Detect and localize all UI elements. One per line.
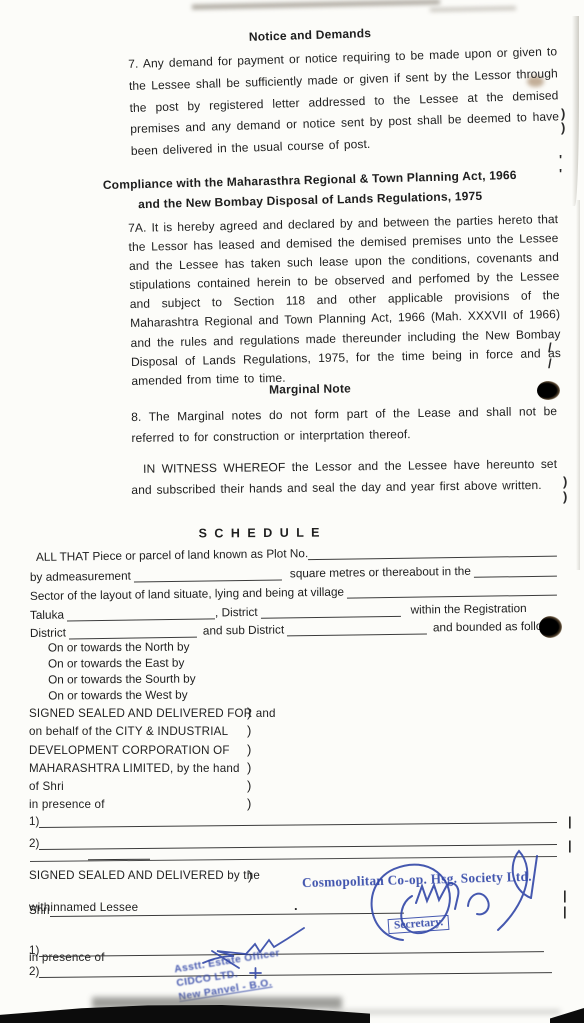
blank-in-the [474,563,557,578]
schedule-label-square-metres: square metres or thereabout in the [290,564,474,581]
blank-sub-district [287,620,427,636]
sig1-text-5: of Shri [29,780,64,793]
stray-dot: . [294,898,298,913]
witness-1-label: 1) [29,944,39,957]
blank-district2 [69,624,197,640]
shri-label: Shri [29,904,50,917]
boundary-north: On or towards the North by [48,638,196,655]
edge-mark: ) [563,489,567,504]
edge-mark: | [568,814,572,829]
scanned-lease-document-page: Notice and Demands 7. Any demand for pay… [0,0,584,1023]
schedule-label-admeasurement: by admeasurement [30,569,134,584]
sig1-text-6: in presence of [29,798,105,811]
brace-mark: ) [247,704,252,722]
paper-edge [576,200,580,570]
schedule-row-sub-district: District and sub District and bounded as… [30,619,557,640]
boundary-south: On or towards the Sourth by [48,670,196,687]
clause-7a-paragraph: 7A. It is hereby agreed and declared by … [128,210,562,391]
brace-mark: ) [247,741,252,759]
shri-line [49,900,403,917]
brace-mark: ) [247,777,252,795]
secretary-stamp: Secretary. [388,915,450,934]
sig2-witness-1-row: 1) [29,943,544,957]
clause-7-paragraph: 7. Any demand for payment or notice requ… [128,41,560,163]
clause-8-paragraph: 8. The Marginal notes do not form part o… [131,401,558,448]
witness-2-line [39,831,557,850]
witness-2-label: 2) [29,837,39,850]
sig1-witness-1-row: 1) [29,814,557,828]
witness-1-line [39,938,544,957]
sig1-text-2: on behalf of the CITY & INDUSTRIAL [29,725,228,738]
edge-mark: | [568,838,572,853]
schedule-label-plot-no: ALL THAT Piece or parcel of land known a… [30,546,309,564]
schedule-label-sub-district: and sub District [203,622,287,637]
sig1-line-5: of Shri) [29,778,276,796]
edge-mark: ) [561,120,565,135]
blank-admeasurement [134,566,282,582]
schedule-label-sector: Sector of the layout of land situate, ly… [30,585,347,603]
scan-smudge-top [192,0,440,10]
brace-mark: ) [247,759,252,777]
blank-taluka [67,605,215,621]
brace-mark: ) [248,868,253,883]
sig1-line-4: MAHARASHTRA LIMITED, by the hand) [29,760,276,778]
schedule-label-district: , District [215,605,261,620]
edge-mark: / [548,340,552,355]
blank-district [261,603,401,619]
schedule-row-admeasurement: by admeasurement square metres or therea… [30,563,557,584]
sig1-text-3: DEVELOPMENT CORPORATION OF [29,744,230,757]
witness-1-label: 1) [29,815,39,828]
boundary-west: On or towards the West by [48,686,196,703]
schedule-row-plot-no: ALL THAT Piece or parcel of land known a… [30,543,557,564]
sig1-line-3: DEVELOPMENT CORPORATION OF) [29,742,276,760]
sig2-text-1: SIGNED SEALED AND DELIVERED by the [29,869,260,882]
sig1-line-2: on behalf of the CITY & INDUSTRIAL) [29,723,276,741]
heading-schedule: S C H E D U L E [60,525,460,542]
brace-mark: ) [247,722,252,740]
schedule-label-registration: within the Registration [410,601,526,617]
scan-smudge-top-2 [430,6,516,12]
edge-mark: ' [559,152,562,167]
edge-mark: ) [563,474,567,489]
edge-mark: ) [561,106,565,121]
boundary-east: On or towards the East by [48,654,196,671]
witness-2-label: 2) [29,965,39,978]
schedule-label-taluka: Taluka [30,607,67,622]
sig1-line-1: SIGNED SEALED AND DELIVERED FOR and) [29,705,276,723]
sig2-witness-2-row: 2) [29,964,552,978]
edge-mark: / [548,356,552,371]
sig1-text-1: SIGNED SEALED AND DELIVERED FOR and [29,707,276,720]
blank-village [347,582,557,599]
schedule-label-district2: District [30,625,69,640]
schedule-row-sector: Sector of the layout of land situate, ly… [30,582,557,603]
sig2-shri-row: Shri [29,903,404,917]
hole-punch-mark [539,616,562,638]
hole-punch-mark [537,381,560,400]
sig1-witness-2-row: 2) [29,836,557,850]
sig1-text-4: MAHARASHTRA LIMITED, by the hand [29,762,240,775]
witness-paragraph: IN WITNESS WHEREOF the Lessor and the Le… [131,454,557,501]
paper-edge-top [572,16,579,206]
edge-mark: | [563,904,567,919]
blank-plot-no [308,543,557,560]
edge-mark: ' [559,166,562,181]
edge-mark: | [563,888,567,903]
